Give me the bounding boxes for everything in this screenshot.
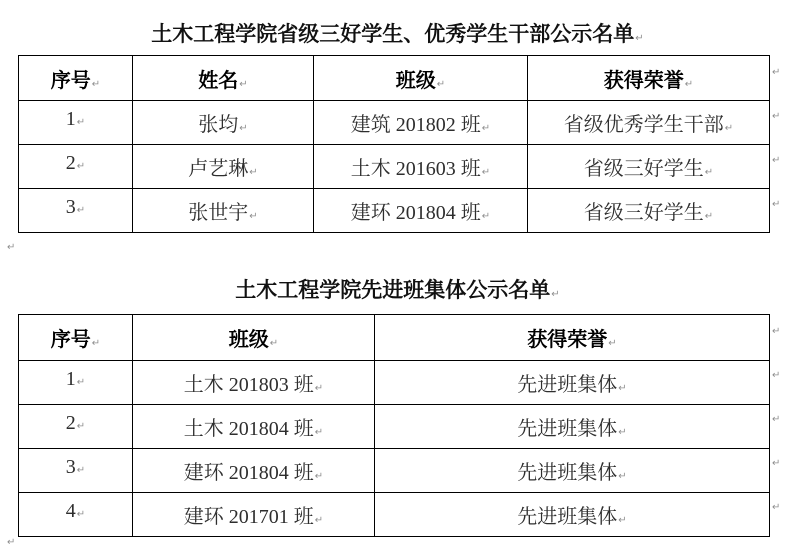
header-label: 序号 [51, 329, 91, 351]
cell-honor: 省级三好学生↵ [528, 189, 770, 233]
column-header-class: 班级↵ [314, 56, 528, 101]
cell-seq: 1↵ [19, 361, 133, 405]
cell-text: 建环 201701 班 [184, 506, 314, 528]
cell-class: 土木 201603 班↵ [314, 145, 528, 189]
cell-text: 3 [66, 196, 76, 218]
column-header-seq: 序号↵ [19, 315, 133, 361]
cell-class: 土木 201803 班↵ [133, 361, 375, 405]
paragraph-mark-icon: ↵ [618, 471, 626, 482]
cell-honor: 先进班集体↵ [375, 405, 770, 449]
paragraph-mark-icon: ↵ [705, 167, 713, 178]
paragraph-mark-icon: ↵ [77, 205, 85, 216]
header-label: 班级 [396, 70, 436, 92]
title-text: 土木工程学院先进班集体公示名单 [235, 278, 550, 302]
header-label: 序号 [51, 70, 91, 92]
row-end-mark-icon: ↵ [772, 68, 780, 78]
paragraph-mark-icon: ↵ [315, 383, 323, 394]
paragraph-mark-icon: ↵ [618, 427, 626, 438]
cell-honor: 先进班集体↵ [375, 493, 770, 537]
cell-honor: 先进班集体↵ [375, 361, 770, 405]
cell-text: 土木 201804 班 [184, 418, 314, 440]
paragraph-mark-icon: ↵ [315, 427, 323, 438]
row-end-mark-icon: ↵ [772, 415, 780, 425]
paragraph-mark-icon: ↵ [239, 79, 247, 90]
header-label: 姓名 [198, 70, 238, 92]
paragraph-mark-icon: ↵ [482, 167, 490, 178]
paragraph-mark-icon: ↵ [618, 515, 626, 526]
cell-honor: 省级三好学生↵ [528, 145, 770, 189]
document-page: 土木工程学院省级三好学生、优秀学生干部公示名单↵ 序号↵ 姓名↵ 班级↵ 获得荣… [0, 0, 795, 552]
paragraph-mark-icon: ↵ [77, 421, 85, 432]
cell-text: 土木 201803 班 [184, 374, 314, 396]
table-row: 1↵ 张均↵ 建筑 201802 班↵ 省级优秀学生干部↵ [19, 101, 770, 145]
column-header-name: 姓名↵ [133, 56, 314, 101]
advanced-classes-table: 序号↵ 班级↵ 获得荣誉↵ 1↵ 土木 201803 班↵ 先进班集体↵ 2↵ … [18, 314, 770, 537]
header-label: 获得荣誉 [527, 329, 607, 351]
table-row: 3↵ 建环 201804 班↵ 先进班集体↵ [19, 449, 770, 493]
cell-class: 建筑 201802 班↵ [314, 101, 528, 145]
row-end-mark-icon: ↵ [772, 112, 780, 122]
cell-seq: 3↵ [19, 189, 133, 233]
column-header-class: 班级↵ [133, 315, 375, 361]
table-header-row: 序号↵ 班级↵ 获得荣誉↵ [19, 315, 770, 361]
cell-text: 3 [66, 456, 76, 478]
paragraph-mark-icon: ↵ [7, 243, 15, 253]
cell-name: 张均↵ [133, 101, 314, 145]
paragraph-mark-icon: ↵ [705, 211, 713, 222]
row-end-mark-icon: ↵ [772, 327, 780, 337]
row-end-mark-icon: ↵ [772, 459, 780, 469]
honor-students-table: 序号↵ 姓名↵ 班级↵ 获得荣誉↵ 1↵ 张均↵ 建筑 201802 班↵ 省级… [18, 55, 770, 233]
paragraph-mark-icon: ↵ [725, 123, 733, 134]
cell-text: 张世宇 [188, 202, 248, 224]
cell-text: 建环 201804 班 [351, 202, 481, 224]
table-row: 4↵ 建环 201701 班↵ 先进班集体↵ [19, 493, 770, 537]
column-header-honor: 获得荣誉↵ [375, 315, 770, 361]
table-row: 2↵ 卢艺琳↵ 土木 201603 班↵ 省级三好学生↵ [19, 145, 770, 189]
paragraph-mark-icon: ↵ [77, 117, 85, 128]
paragraph-mark-icon: ↵ [249, 167, 257, 178]
column-header-honor: 获得荣誉↵ [528, 56, 770, 101]
cell-text: 省级三好学生 [584, 158, 704, 180]
cell-honor: 省级优秀学生干部↵ [528, 101, 770, 145]
row-end-mark-icon: ↵ [772, 156, 780, 166]
table-row: 1↵ 土木 201803 班↵ 先进班集体↵ [19, 361, 770, 405]
paragraph-mark-icon: ↵ [437, 79, 445, 90]
cell-seq: 4↵ [19, 493, 133, 537]
paragraph-mark-icon: ↵ [635, 33, 643, 44]
paragraph-mark-icon: ↵ [92, 338, 100, 349]
header-label: 获得荣誉 [604, 70, 684, 92]
paragraph-mark-icon: ↵ [315, 471, 323, 482]
cell-text: 先进班集体 [517, 418, 617, 440]
paragraph-mark-icon: ↵ [77, 377, 85, 388]
cell-name: 卢艺琳↵ [133, 145, 314, 189]
row-end-mark-icon: ↵ [772, 371, 780, 381]
cell-class: 建环 201701 班↵ [133, 493, 375, 537]
cell-class: 土木 201804 班↵ [133, 405, 375, 449]
cell-text: 建筑 201802 班 [351, 114, 481, 136]
cell-text: 省级三好学生 [584, 202, 704, 224]
paragraph-mark-icon: ↵ [239, 123, 247, 134]
document-title-honor-students: 土木工程学院省级三好学生、优秀学生干部公示名单↵ [0, 18, 795, 48]
cell-text: 1 [66, 368, 76, 390]
cell-name: 张世宇↵ [133, 189, 314, 233]
table-row: 2↵ 土木 201804 班↵ 先进班集体↵ [19, 405, 770, 449]
cell-text: 建环 201804 班 [184, 462, 314, 484]
title-text: 土木工程学院省级三好学生、优秀学生干部公示名单 [151, 22, 634, 46]
paragraph-mark-icon: ↵ [249, 211, 257, 222]
cell-class: 建环 201804 班↵ [314, 189, 528, 233]
paragraph-mark-icon: ↵ [685, 79, 693, 90]
paragraph-mark-icon: ↵ [270, 338, 278, 349]
paragraph-mark-icon: ↵ [77, 161, 85, 172]
cell-text: 1 [66, 108, 76, 130]
cell-text: 4 [66, 500, 76, 522]
paragraph-mark-icon: ↵ [92, 79, 100, 90]
table-row: 3↵ 张世宇↵ 建环 201804 班↵ 省级三好学生↵ [19, 189, 770, 233]
cell-seq: 2↵ [19, 145, 133, 189]
paragraph-mark-icon: ↵ [482, 211, 490, 222]
paragraph-mark-icon: ↵ [551, 289, 559, 300]
row-end-mark-icon: ↵ [772, 503, 780, 513]
paragraph-mark-icon: ↵ [77, 465, 85, 476]
cell-text: 先进班集体 [517, 374, 617, 396]
cell-text: 张均 [198, 114, 238, 136]
table-header-row: 序号↵ 姓名↵ 班级↵ 获得荣誉↵ [19, 56, 770, 101]
cell-honor: 先进班集体↵ [375, 449, 770, 493]
cell-text: 土木 201603 班 [351, 158, 481, 180]
paragraph-mark-icon: ↵ [482, 123, 490, 134]
column-header-seq: 序号↵ [19, 56, 133, 101]
paragraph-mark-icon: ↵ [618, 383, 626, 394]
cell-text: 2 [66, 412, 76, 434]
cell-text: 省级优秀学生干部 [564, 114, 724, 136]
paragraph-mark-icon: ↵ [315, 515, 323, 526]
paragraph-mark-icon: ↵ [608, 338, 616, 349]
row-end-mark-icon: ↵ [772, 200, 780, 210]
cell-text: 先进班集体 [517, 462, 617, 484]
paragraph-mark-icon: ↵ [7, 538, 15, 548]
cell-seq: 2↵ [19, 405, 133, 449]
cell-class: 建环 201804 班↵ [133, 449, 375, 493]
cell-text: 先进班集体 [517, 506, 617, 528]
cell-seq: 1↵ [19, 101, 133, 145]
cell-seq: 3↵ [19, 449, 133, 493]
header-label: 班级 [229, 329, 269, 351]
paragraph-mark-icon: ↵ [77, 509, 85, 520]
document-title-advanced-classes: 土木工程学院先进班集体公示名单↵ [0, 274, 795, 304]
cell-text: 卢艺琳 [188, 158, 248, 180]
cell-text: 2 [66, 152, 76, 174]
